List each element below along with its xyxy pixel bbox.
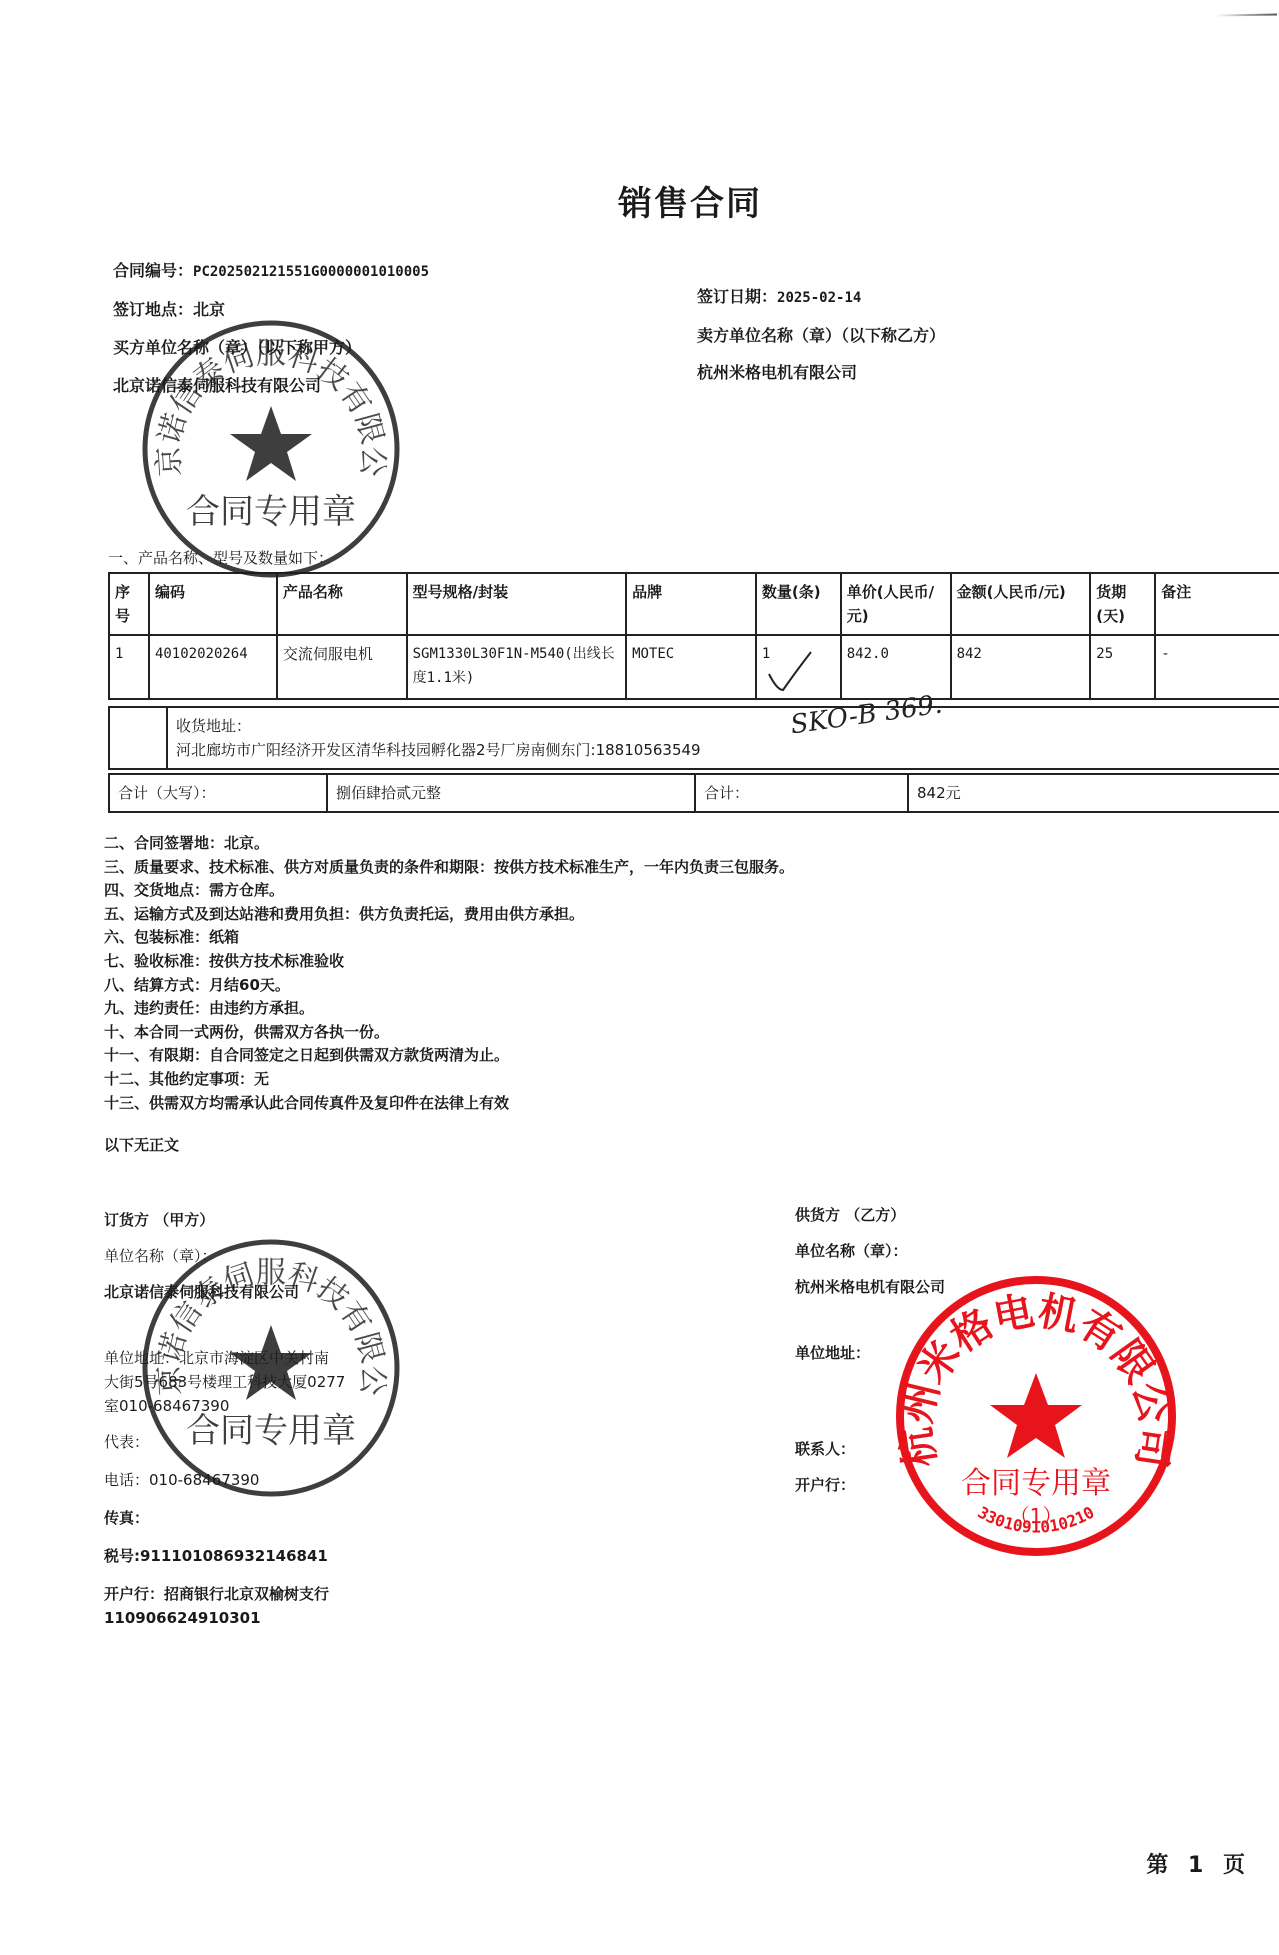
products-table: 序号 编码 产品名称 型号规格/封装 品牌 数量(条) 单价(人民币/元) 金额… <box>108 572 1279 700</box>
buyer-bank-label: 开户行： <box>104 1585 164 1603</box>
delivery-address-cell: 收货地址： 河北廊坊市广阳经济开发区清华科技园孵化器2号厂房南侧东门:18810… <box>167 707 1279 769</box>
delivery-address-table: 收货地址： 河北廊坊市广阳经济开发区清华科技园孵化器2号厂房南侧东门:18810… <box>108 706 1279 770</box>
page-title: 销售合同 <box>0 176 1279 225</box>
total-upper-label: 合计（大写）： <box>109 774 327 812</box>
clause-2: 二、合同签署地：北京。 <box>104 832 794 856</box>
buyer-bank: 开户行：招商银行北京双榆树支行 <box>104 1582 345 1606</box>
seller-stamp-svg: 杭州米格电机有限公司 合同专用章 （1） 3301091010210 <box>893 1273 1179 1559</box>
cell-model: SGM1330L30F1N-M540(出线长度1.1米) <box>407 635 626 699</box>
sign-place-value: 北京 <box>193 300 225 319</box>
clause-12: 十二、其他约定事项：无 <box>104 1068 794 1092</box>
clause-9: 九、违约责任：由违约方承担。 <box>104 997 794 1021</box>
delivery-address-value: 河北廊坊市广阳经济开发区清华科技园孵化器2号厂房南侧东门:18810563549 <box>176 738 1278 762</box>
sign-date-value: 2025-02-14 <box>777 290 861 306</box>
address-blank-cell <box>109 707 167 769</box>
buyer-stamp-svg-2: 北京诺信泰伺服科技有限公司 合同专用章 <box>140 1237 402 1499</box>
total-value: 842元 <box>908 774 1279 812</box>
total-table: 合计（大写）： 捌佰肆拾贰元整 合计： 842元 <box>108 773 1279 813</box>
svg-text:合同专用章: 合同专用章 <box>961 1466 1111 1501</box>
buyer-bank-value: 招商银行北京双榆树支行 <box>164 1585 329 1603</box>
checkmark-icon <box>767 650 817 694</box>
cell-code: 40102020264 <box>149 635 277 699</box>
buyer-tax-no-label: 税号: <box>104 1547 140 1565</box>
cell-brand: MOTEC <box>626 635 756 699</box>
contract-number: 合同编号：PC202502121551G0000001010005 <box>113 258 429 281</box>
col-header-unit-price: 单价(人民币/元) <box>841 573 951 635</box>
contract-clauses: 二、合同签署地：北京。 三、质量要求、技术标准、供方对质量负责的条件和期限：按供… <box>104 832 794 1115</box>
table-header-row: 序号 编码 产品名称 型号规格/封装 品牌 数量(条) 单价(人民币/元) 金额… <box>109 573 1279 635</box>
delivery-address-label: 收货地址： <box>176 714 1278 738</box>
seller-party-heading: 供货方 （乙方） <box>795 1203 945 1227</box>
col-header-amount: 金额(人民币/元) <box>951 573 1091 635</box>
cell-remark: - <box>1155 635 1279 699</box>
cell-name: 交流伺服电机 <box>277 635 407 699</box>
sign-date: 签订日期：2025-02-14 <box>697 284 861 307</box>
cell-index: 1 <box>109 635 149 699</box>
cell-lead-time: 25 <box>1090 635 1155 699</box>
cell-amount: 842 <box>951 635 1091 699</box>
clause-10: 十、本合同一式两份，供需双方各执一份。 <box>104 1021 794 1045</box>
seller-stamp: 杭州米格电机有限公司 合同专用章 （1） 3301091010210 <box>893 1273 1179 1559</box>
star-icon <box>990 1373 1082 1458</box>
contract-number-value: PC202502121551G0000001010005 <box>193 264 429 280</box>
buyer-tax-no: 税号:911101086932146841 <box>104 1544 345 1568</box>
total-upper-value: 捌佰肆拾贰元整 <box>327 774 695 812</box>
star-icon <box>230 406 312 481</box>
scan-mark <box>1215 13 1277 16</box>
col-header-brand: 品牌 <box>626 573 756 635</box>
col-header-name: 产品名称 <box>277 573 407 635</box>
buyer-stamp-bottom: 北京诺信泰伺服科技有限公司 合同专用章 <box>140 1237 402 1499</box>
buyer-stamp-svg: 北京诺信泰伺服科技有限公司 合同专用章 <box>140 318 402 580</box>
total-label: 合计： <box>695 774 908 812</box>
clause-13: 十三、供需双方均需承认此合同传真件及复印件在法律上有效 <box>104 1092 794 1116</box>
svg-text:合同专用章: 合同专用章 <box>186 1411 356 1451</box>
buyer-stamp-top: 北京诺信泰伺服科技有限公司 合同专用章 <box>140 318 402 580</box>
col-header-index: 序号 <box>109 573 149 635</box>
seller-unit-name-label: 单位名称（章）： <box>795 1239 945 1263</box>
col-header-model: 型号规格/封装 <box>407 573 626 635</box>
col-header-qty: 数量(条) <box>756 573 841 635</box>
page-number: 第 1 页 <box>1146 1848 1251 1879</box>
buyer-tax-no-value: 911101086932146841 <box>140 1547 328 1565</box>
sign-date-label: 签订日期： <box>697 287 777 306</box>
buyer-fax-label: 传真： <box>104 1506 345 1530</box>
seller-label: 卖方单位名称（章）（以下称乙方） <box>697 323 945 346</box>
cell-qty: 1 <box>756 635 841 699</box>
table-row: 1 40102020264 交流伺服电机 SGM1330L30F1N-M540(… <box>109 635 1279 699</box>
clause-11: 十一、有限期：自合同签定之日起到供需双方款货两清为止。 <box>104 1044 794 1068</box>
star-icon <box>230 1325 312 1400</box>
col-header-remark: 备注 <box>1155 573 1279 635</box>
clause-4: 四、交货地点：需方仓库。 <box>104 879 794 903</box>
buyer-account: 110906624910301 <box>104 1606 345 1630</box>
col-header-code: 编码 <box>149 573 277 635</box>
svg-text:合同专用章: 合同专用章 <box>186 492 356 532</box>
sign-place-label: 签订地点： <box>113 300 193 319</box>
clause-3: 三、质量要求、技术标准、供方对质量负责的条件和期限：按供方技术标准生产，一年内负… <box>104 856 794 880</box>
buyer-party-heading: 订货方 （甲方） <box>104 1208 345 1232</box>
end-note: 以下无正文 <box>104 1134 179 1155</box>
clause-5: 五、运输方式及到达站港和费用负担：供方负责托运，费用由供方承担。 <box>104 903 794 927</box>
clause-6: 六、包装标准：纸箱 <box>104 926 794 950</box>
seller-name: 杭州米格电机有限公司 <box>697 360 857 383</box>
col-header-lead-time: 货期(天) <box>1090 573 1155 635</box>
sign-place: 签订地点：北京 <box>113 297 225 320</box>
contract-number-label: 合同编号： <box>113 261 193 280</box>
clause-8: 八、结算方式：月结60天。 <box>104 974 794 998</box>
clause-7: 七、验收标准：按供方技术标准验收 <box>104 950 794 974</box>
